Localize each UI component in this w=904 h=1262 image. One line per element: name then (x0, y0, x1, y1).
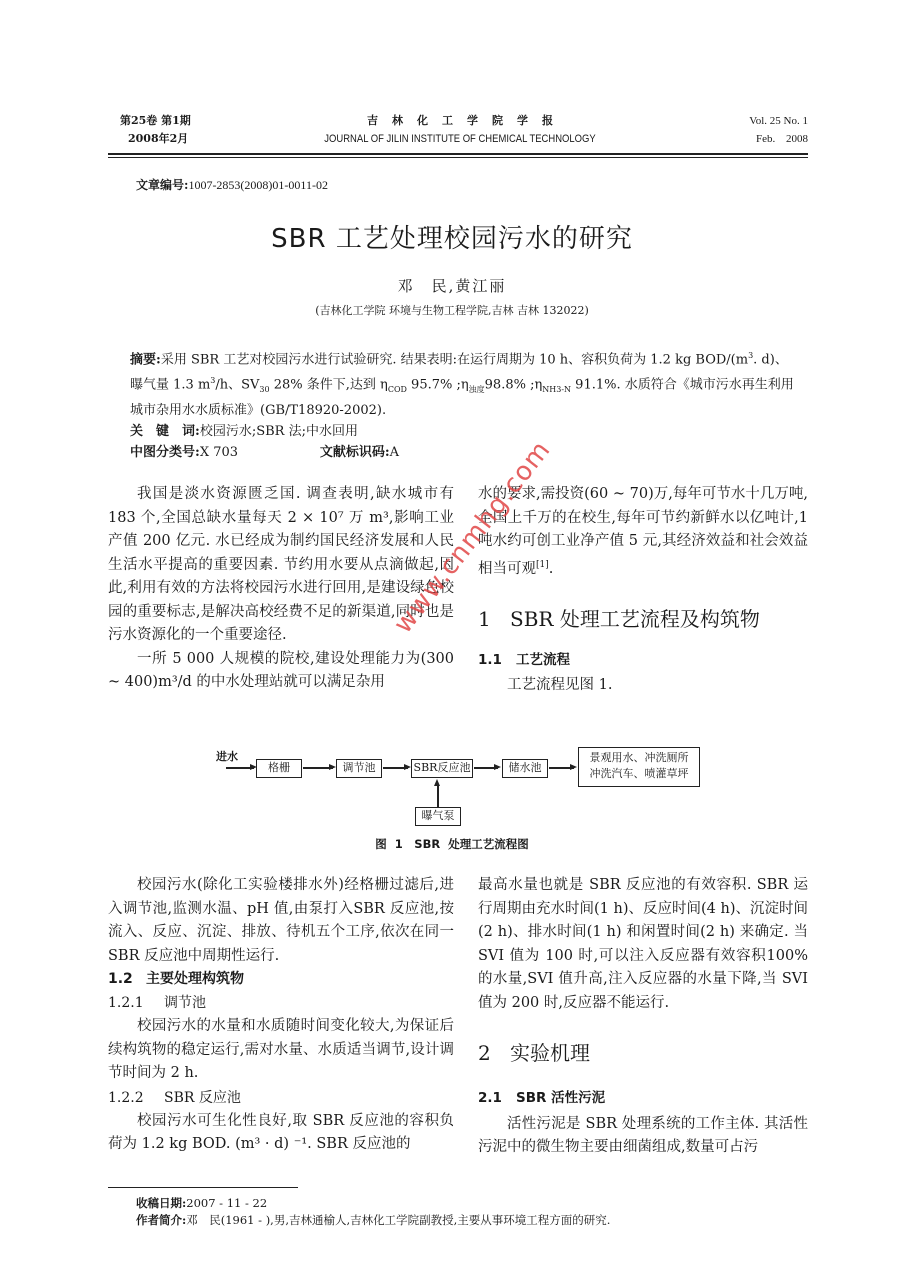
received-date: 收稿日期:2007 - 11 - 22 (136, 1195, 610, 1212)
section-heading-1-2-2: 1.2.2SBR 反应池 (108, 1086, 454, 1110)
header-volume-issue: 第25卷 第1期 (120, 112, 191, 130)
section-heading-1: 1SBR 处理工艺流程及构筑物 (478, 607, 808, 631)
paragraph-text: 水的要求,需投资(60 ~ 70)万,每年可节水十几万吨,全国上千万的在校生,每… (478, 486, 808, 576)
section-number: 1.2 (108, 968, 146, 991)
keywords: 关 键 词:校园污水;SBR 法;中水回用 (130, 421, 800, 442)
section-title: SBR 反应池 (164, 1090, 241, 1106)
box-storage-tank: 储水池 (502, 759, 548, 778)
right-column-upper: 水的要求,需投资(60 ~ 70)万,每年可节水十几万吨,全国上千万的在校生,每… (478, 483, 808, 698)
keywords-value: 校园污水;SBR 法;中水回用 (200, 424, 358, 439)
section-title: 调节池 (164, 995, 206, 1011)
section-heading-2: 2实验机理 (478, 1041, 808, 1065)
header-date-cn: 2008年2月 (120, 130, 191, 148)
section-number: 2 (478, 1041, 510, 1065)
header-journal: 吉林化工学院学报 JOURNAL OF JILIN INSTITUTE OF C… (300, 112, 620, 148)
header-date-en: Feb. 2008 (749, 130, 808, 148)
arrow-right-icon (404, 764, 411, 770)
author-bio-value: 邓 民(1961 - ),男,吉林通榆人,吉林化工学院副教授,主要从事环境工程方… (186, 1213, 610, 1227)
abstract-sub: 浊度 (469, 385, 485, 394)
journal-name-cn: 吉林化工学院学报 (300, 112, 620, 130)
classification-value: X 703 (200, 442, 320, 463)
paragraph: 水的要求,需投资(60 ~ 70)万,每年可节水十几万吨,全国上千万的在校生,每… (478, 483, 808, 581)
left-column-lower: 校园污水(除化工实验楼排水外)经格栅过滤后,进入调节池,监测水温、pH 值,由泵… (108, 874, 454, 1157)
section-number: 2.1 (478, 1087, 516, 1111)
abstract-sub: NH3-N (542, 385, 571, 394)
paragraph: 工艺流程见图 1. (478, 674, 808, 698)
section-number: 1.2.2 (108, 1086, 164, 1110)
flow-line-vertical (437, 786, 439, 808)
figure-1-caption: 图 1 SBR 处理工艺流程图 (0, 836, 904, 852)
header-volume-issue-en: Vol. 25 No. 1 (749, 112, 808, 130)
paragraph: 校园污水(除化工实验楼排水外)经格栅过滤后,进入调节池,监测水温、pH 值,由泵… (108, 874, 454, 968)
paragraph: 校园污水的水量和水质随时间变化较大,为保证后续构筑物的稳定运行,需对水量、水质适… (108, 1015, 454, 1086)
abstract-text: 28% 条件下,达到 η (270, 378, 388, 393)
arrow-right-icon (494, 764, 501, 770)
received-label: 收稿日期: (136, 1196, 186, 1210)
abstract-sub: COD (388, 385, 407, 394)
section-title: 工艺流程 (516, 652, 570, 668)
keywords-label: 关 键 词: (130, 424, 200, 439)
section-title: SBR 活性污泥 (516, 1090, 605, 1106)
section-heading-1-1: 1.1工艺流程 (478, 649, 808, 673)
paragraph: 一所 5 000 人规模的院校,建设处理能力为(300 ~ 400)m³/d 的… (108, 648, 454, 695)
paper-title: SBR 工艺处理校园污水的研究 (0, 218, 904, 255)
received-value: 2007 - 11 - 22 (186, 1196, 267, 1210)
paragraph: 校园污水可生化性良好,取 SBR 反应池的容积负荷为 1.2 kg BOD. (… (108, 1110, 454, 1157)
abstract-label: 摘要: (130, 352, 161, 367)
author-bio-label: 作者简介: (136, 1213, 186, 1227)
paragraph: 我国是淡水资源匮乏国. 调查表明,缺水城市有 183 个,全国总缺水量每天 2 … (108, 483, 454, 648)
section-title: SBR 处理工艺流程及构筑物 (510, 607, 760, 631)
footnote-rule (108, 1187, 298, 1188)
doc-code-value: A (390, 445, 399, 460)
box-screen: 格栅 (256, 759, 302, 778)
article-number-label: 文章编号: (136, 178, 188, 192)
box-equalization-tank: 调节池 (336, 759, 382, 778)
abstract-text: 98.8% ;η (485, 378, 543, 393)
abstract-block: 摘要:采用 SBR 工艺对校园污水进行试验研究. 结果表明:在运行周期为 10 … (130, 345, 800, 463)
section-number: 1.2.1 (108, 991, 164, 1015)
box-sbr-reactor: SBR反应池 (411, 759, 473, 778)
section-title: 实验机理 (510, 1041, 590, 1065)
section-number: 1.1 (478, 649, 516, 673)
abstract-text: 采用 SBR 工艺对校园污水进行试验研究. 结果表明:在运行周期为 10 h、容… (161, 352, 748, 367)
arrow-up-icon (434, 779, 440, 786)
doc-code-label: 文献标识码: (320, 445, 390, 460)
inlet-label: 进水 (216, 748, 238, 764)
arrow-right-icon (570, 764, 577, 770)
header-volume-info: 第25卷 第1期 2008年2月 (120, 112, 191, 148)
paragraph: 最高水量也就是 SBR 反应池的有效容积. SBR 运行周期由充水时间(1 h)… (478, 874, 808, 1015)
section-number: 1 (478, 607, 510, 631)
paragraph: 活性污泥是 SBR 处理系统的工作主体. 其活性污泥中的微生物主要由细菌组成,数… (478, 1113, 808, 1160)
abstract-text: 95.7% ;η (407, 378, 469, 393)
abstract: 摘要:采用 SBR 工艺对校园污水进行试验研究. 结果表明:在运行周期为 10 … (130, 345, 800, 421)
header-volume-en: Vol. 25 No. 1 Feb. 2008 (749, 112, 808, 148)
reuse-line-1: 景观用水、冲洗厕所 (579, 750, 699, 766)
header-rule-thin (108, 157, 808, 158)
classification-label: 中图分类号: (130, 445, 200, 460)
arrow-right-icon (329, 764, 336, 770)
classification-row: 中图分类号:X 703文献标识码:A (130, 442, 800, 463)
box-reuse: 景观用水、冲洗厕所 冲洗汽车、喷灌草坪 (578, 747, 700, 787)
section-heading-2-1: 2.1SBR 活性污泥 (478, 1087, 808, 1111)
paper-affiliation: (吉林化工学院 环境与生物工程学院,吉林 吉林 132022) (0, 302, 904, 318)
right-column-lower: 最高水量也就是 SBR 反应池的有效容积. SBR 运行周期由充水时间(1 h)… (478, 874, 808, 1160)
citation-ref[interactable]: [1] (536, 560, 549, 570)
abstract-text: /h、SV (215, 378, 259, 393)
left-column-upper: 我国是淡水资源匮乏国. 调查表明,缺水城市有 183 个,全国总缺水量每天 2 … (108, 483, 454, 695)
section-heading-1-2-1: 1.2.1调节池 (108, 991, 454, 1015)
footnote: 收稿日期:2007 - 11 - 22 作者简介:邓 民(1961 - ),男,… (136, 1195, 610, 1229)
header-rule-thick (108, 153, 808, 155)
article-number: 文章编号:1007-2853(2008)01-0011-02 (136, 176, 328, 193)
paragraph-text: . (549, 560, 554, 576)
section-title: 主要处理构筑物 (146, 971, 244, 987)
section-heading-1-2: 1.2主要处理构筑物 (108, 968, 454, 991)
reuse-line-2: 冲洗汽车、喷灌草坪 (579, 766, 699, 782)
journal-name-en: JOURNAL OF JILIN INSTITUTE OF CHEMICAL T… (322, 130, 597, 148)
abstract-sub: 30 (259, 385, 269, 394)
paper-authors: 邓 民,黄江丽 (0, 275, 904, 296)
box-aeration-pump: 曝气泵 (415, 807, 461, 826)
author-bio: 作者简介:邓 民(1961 - ),男,吉林通榆人,吉林化工学院副教授,主要从事… (136, 1212, 610, 1229)
article-number-value: 1007-2853(2008)01-0011-02 (188, 178, 328, 192)
